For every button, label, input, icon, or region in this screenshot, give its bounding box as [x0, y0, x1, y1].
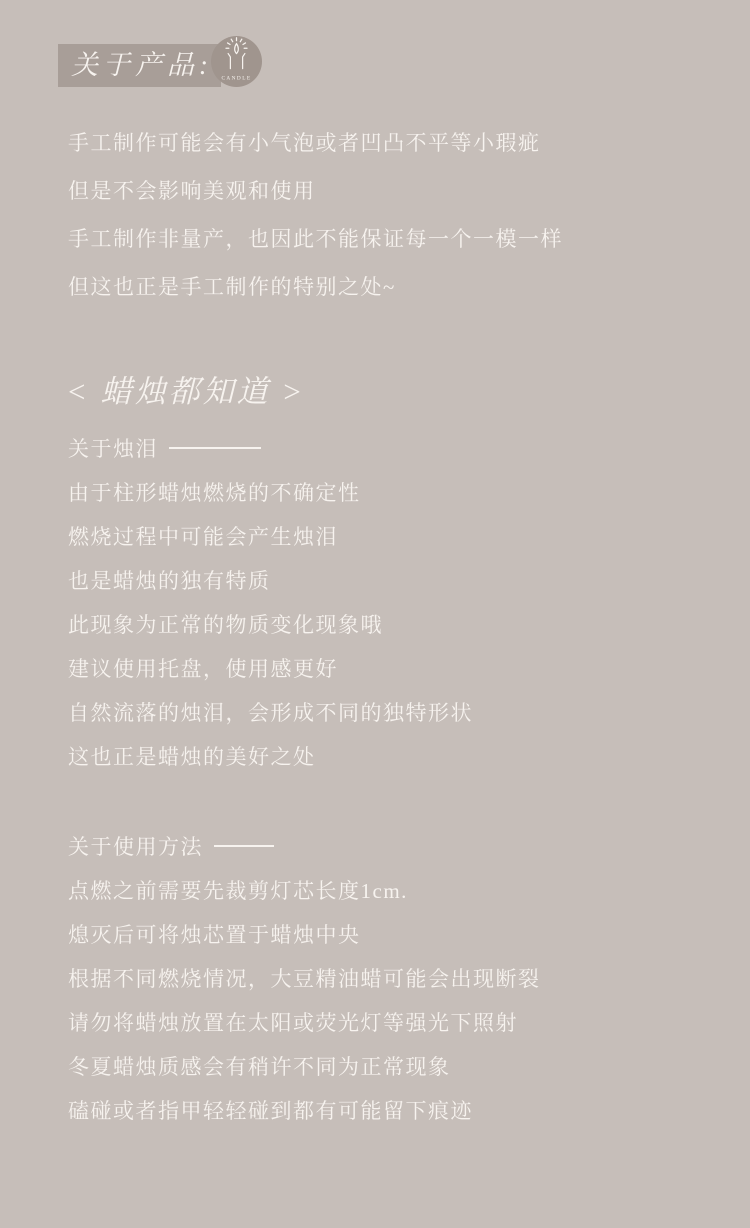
tears-line: 燃烧过程中可能会产生烛泪	[68, 514, 473, 558]
usage-line: 请勿将蜡烛放置在太阳或荧光灯等强光下照射	[68, 1000, 541, 1044]
knowledge-heading: < 蜡烛都知道 >	[66, 366, 305, 411]
usage-line: 磕碰或者指甲轻轻碰到都有可能留下痕迹	[68, 1088, 541, 1132]
tears-line: 这也正是蜡烛的美好之处	[68, 734, 473, 778]
tears-line: 也是蜡烛的独有特质	[68, 558, 473, 602]
tears-line: 由于柱形蜡烛燃烧的不确定性	[68, 470, 473, 514]
rule-line	[169, 447, 261, 449]
usage-line: 点燃之前需要先裁剪灯芯长度1cm.	[68, 868, 541, 912]
tears-title: 关于烛泪	[68, 433, 158, 463]
usage-title: 关于使用方法	[68, 831, 203, 861]
intro-line: 手工制作非量产，也因此不能保证每一个一模一样	[68, 214, 563, 262]
candle-logo-badge: CANDLE	[211, 36, 262, 87]
usage-section: 关于使用方法 点燃之前需要先裁剪灯芯长度1cm. 熄灭后可将烛芯置于蜡烛中央 根…	[68, 824, 541, 1132]
usage-line: 冬夏蜡烛质感会有稍许不同为正常现象	[68, 1044, 541, 1088]
section-title-row: 关于烛泪	[68, 426, 473, 470]
candle-icon: CANDLE	[211, 36, 262, 87]
intro-paragraph: 手工制作可能会有小气泡或者凹凸不平等小瑕疵 但是不会影响美观和使用 手工制作非量…	[68, 118, 563, 310]
rule-line	[214, 845, 274, 847]
tears-line: 建议使用托盘，使用感更好	[68, 646, 473, 690]
usage-line: 熄灭后可将烛芯置于蜡烛中央	[68, 912, 541, 956]
tears-line: 自然流落的烛泪，会形成不同的独特形状	[68, 690, 473, 734]
intro-line: 但这也正是手工制作的特别之处~	[68, 262, 563, 310]
logo-text: CANDLE	[221, 75, 251, 81]
page-title: 关于产品:	[58, 44, 221, 87]
intro-line: 手工制作可能会有小气泡或者凹凸不平等小瑕疵	[68, 118, 563, 166]
usage-line: 根据不同燃烧情况，大豆精油蜡可能会出现断裂	[68, 956, 541, 1000]
header-band: 关于产品:	[58, 44, 221, 87]
product-about-page: 关于产品: CANDLE 手工制作可能会有小气泡或者凹凸不	[0, 0, 750, 1228]
tears-line: 此现象为正常的物质变化现象哦	[68, 602, 473, 646]
candle-tears-section: 关于烛泪 由于柱形蜡烛燃烧的不确定性 燃烧过程中可能会产生烛泪 也是蜡烛的独有特…	[68, 426, 473, 778]
section-title-row: 关于使用方法	[68, 824, 541, 868]
intro-line: 但是不会影响美观和使用	[68, 166, 563, 214]
